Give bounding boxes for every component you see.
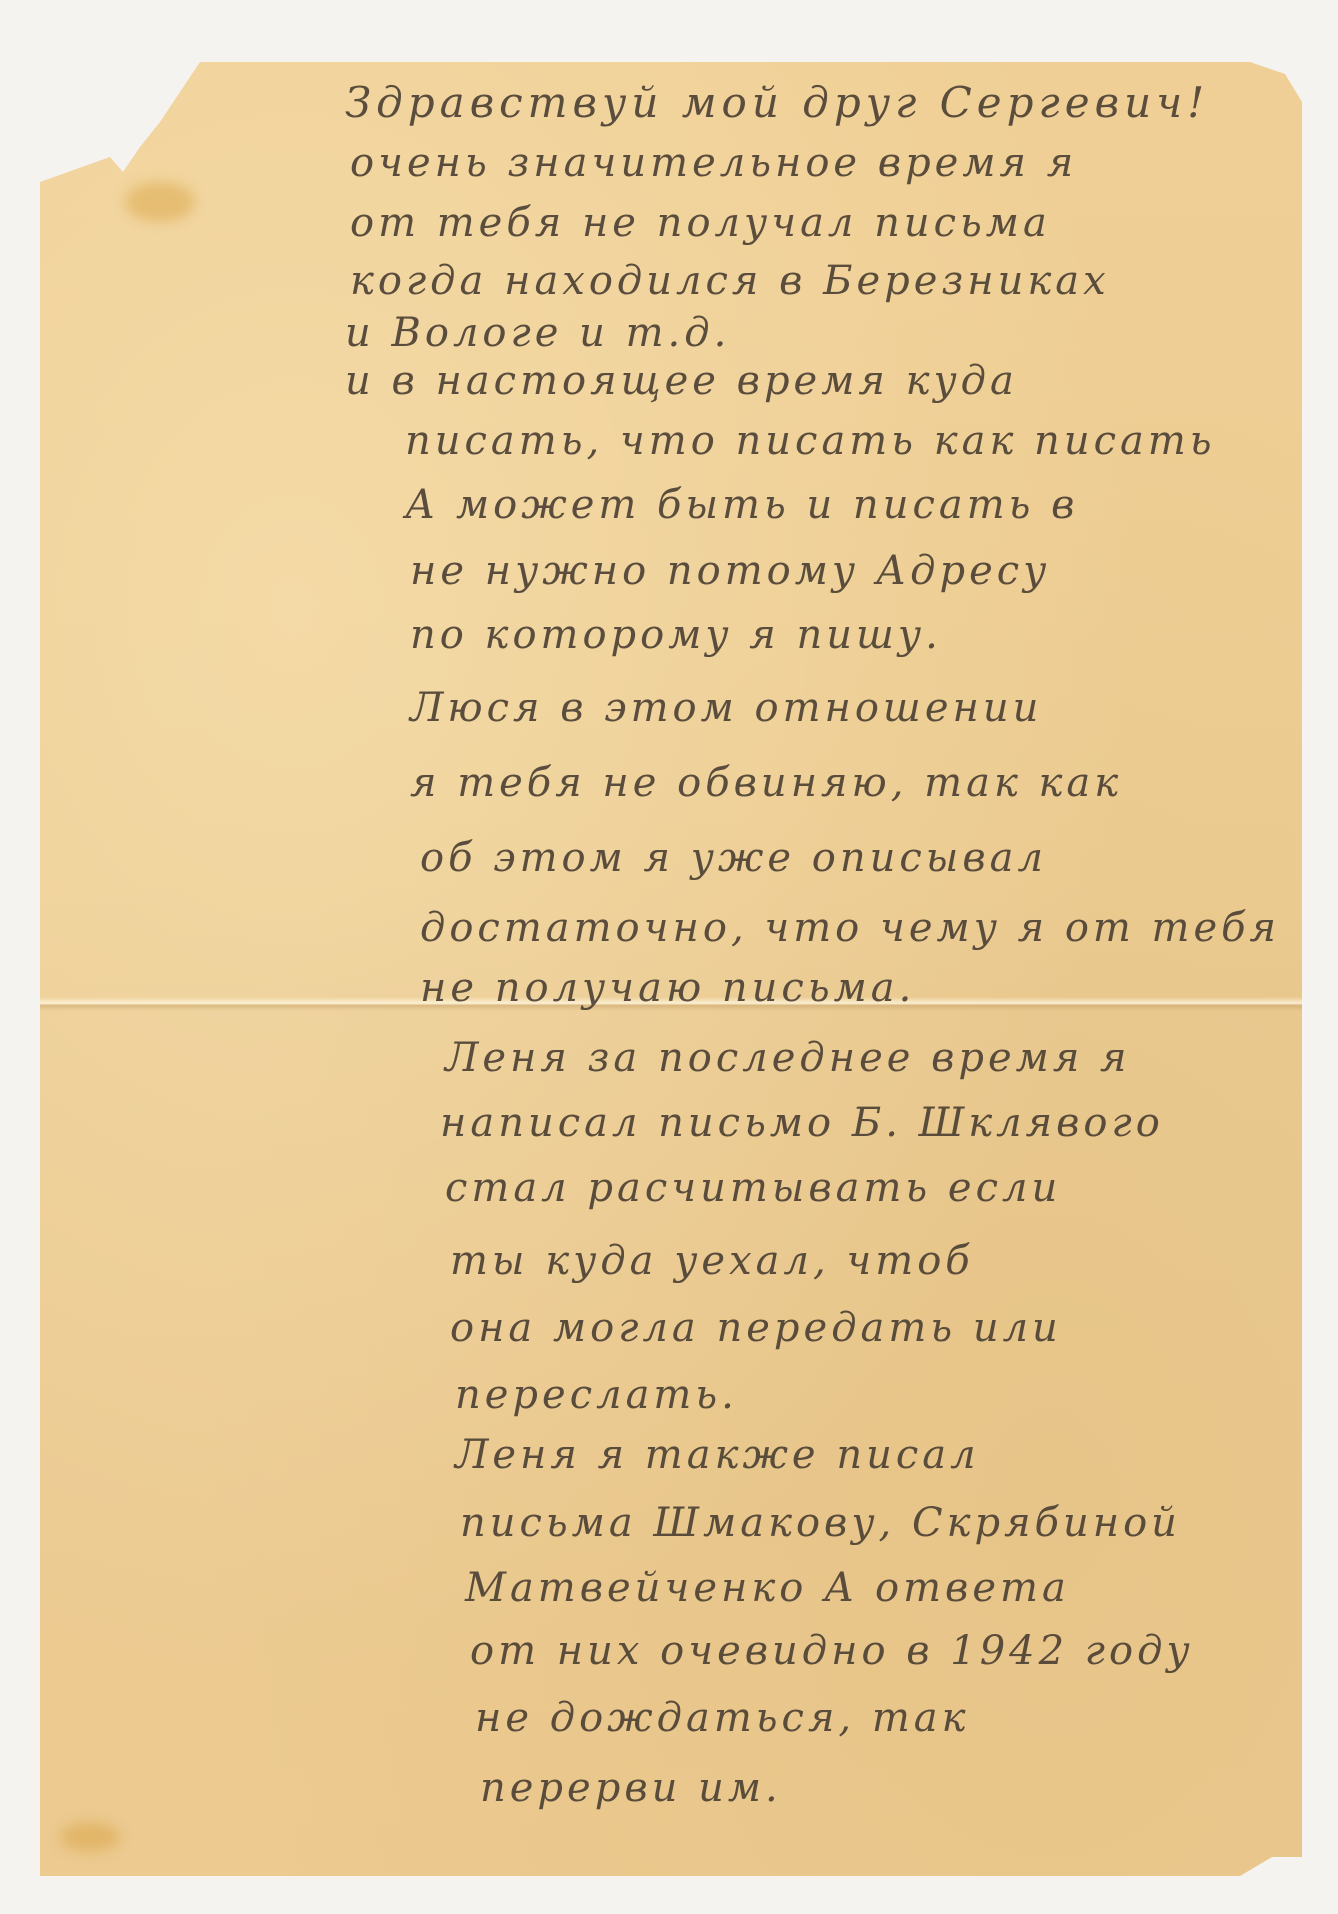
text-line: переслать.: [455, 1372, 738, 1418]
text-line: и в настоящее время куда: [345, 358, 1018, 404]
stain: [60, 1822, 120, 1852]
text-line: очень значительное время я: [350, 140, 1077, 186]
text-line: Люся в этом отношении: [410, 685, 1042, 731]
text-line: по которому я пишу.: [410, 612, 942, 658]
text-line: Леня за последнее время я: [445, 1035, 1131, 1081]
text-line: достаточно, что чему я от тебя: [420, 905, 1280, 951]
text-line: когда находился в Березниках: [350, 258, 1110, 304]
text-line: А может быть и писать в: [405, 482, 1078, 528]
text-line: не нужно потому Адресу: [410, 548, 1050, 594]
text-line: стал расчитывать если: [445, 1165, 1061, 1211]
text-line: перерви им.: [480, 1765, 782, 1811]
text-line: об этом я уже описывал: [420, 835, 1047, 881]
text-line: не дождаться, так: [475, 1695, 970, 1741]
text-line: ты куда уехал, чтоб: [450, 1238, 974, 1284]
text-line: от тебя не получал письма: [350, 200, 1051, 246]
text-line: и Вологе и т.д.: [345, 310, 730, 356]
text-line: я тебя не обвиняю, так как: [410, 760, 1122, 806]
text-line: написал письмо Б. Шклявого: [440, 1100, 1164, 1146]
text-line: Леня я также писал: [455, 1432, 980, 1478]
text-line: она могла передать или: [450, 1305, 1062, 1351]
text-line: писать, что писать как писать: [405, 418, 1216, 464]
stain: [125, 182, 195, 222]
text-line: Здравствуй мой друг Сергевич!: [345, 78, 1209, 127]
text-line: не получаю письма.: [420, 965, 915, 1011]
text-line: от них очевидно в 1942 году: [470, 1628, 1194, 1674]
text-line: Матвейченко А ответа: [465, 1565, 1070, 1611]
text-line: письма Шмакову, Скрябиной: [460, 1500, 1181, 1546]
